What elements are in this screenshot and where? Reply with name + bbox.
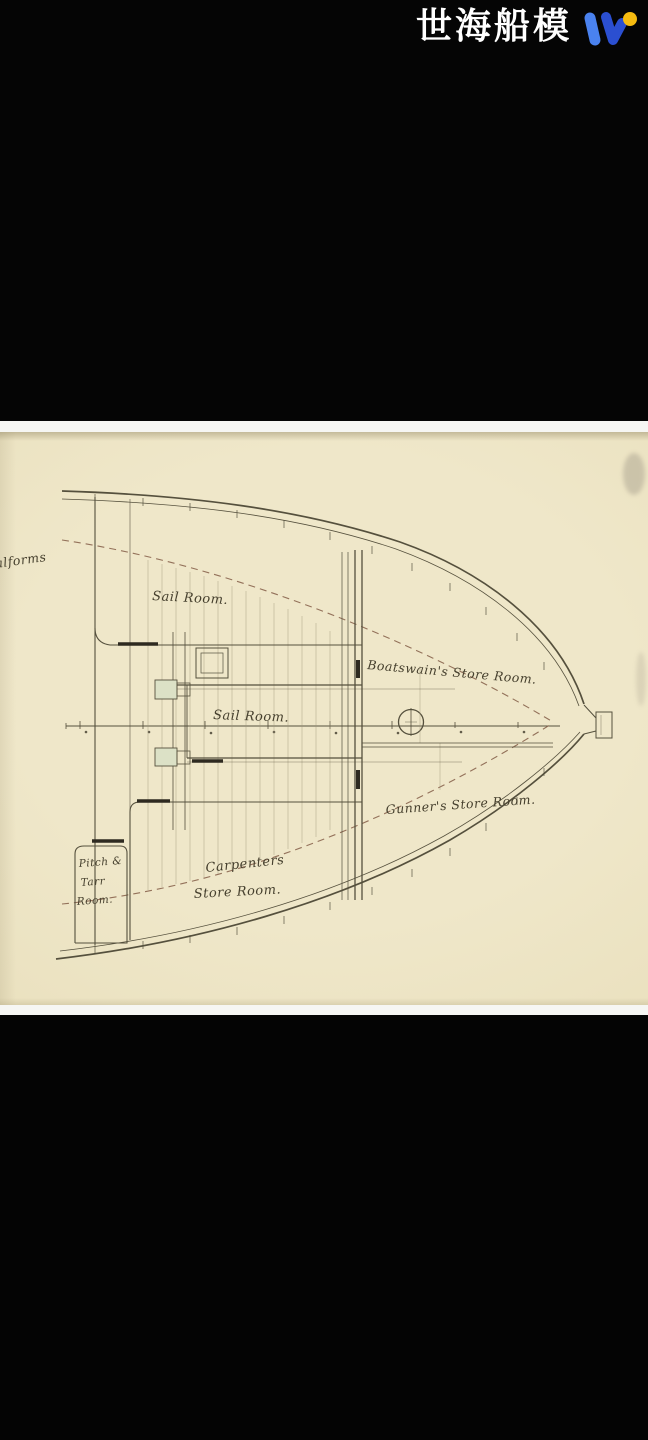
- bottom-black-band: [0, 1015, 648, 1440]
- label-boatswains-store-room: Boatswain's Store Room.: [366, 657, 538, 687]
- w-logo-icon: [578, 8, 644, 56]
- planking-lines: [148, 560, 440, 890]
- centerline: [66, 708, 560, 736]
- logo-stroke-left: [590, 18, 595, 40]
- label-gunners-store-room: Gunner's Store Room.: [385, 792, 536, 817]
- label-carpenters-line1: Carpenters: [205, 853, 285, 876]
- watermark-brand-text: 世海船模: [416, 9, 572, 45]
- label-platforms-partial: alforms: [0, 549, 47, 571]
- plan-paper: alforms Sail Room. Sail Room. Boatswain'…: [0, 432, 648, 1005]
- scan-strip: alforms Sail Room. Sail Room. Boatswain'…: [0, 421, 648, 1015]
- label-sail-room-upper: Sail Room.: [152, 589, 229, 608]
- label-carpenters-line2: Store Room.: [193, 882, 281, 902]
- label-pitch-line1: Pitch &: [77, 855, 122, 870]
- hull-outline: [56, 491, 612, 959]
- square-hatch: [196, 648, 228, 678]
- ship-plan-drawing: alforms Sail Room. Sail Room. Boatswain'…: [0, 432, 648, 1005]
- label-pitch-line2: Tarr: [80, 875, 106, 889]
- video-frame: 世海船模: [0, 0, 648, 1440]
- room-structure: [75, 497, 553, 945]
- dark-bars: [92, 644, 358, 841]
- plan-labels: alforms Sail Room. Sail Room. Boatswain'…: [0, 549, 537, 908]
- dashed-deck-edges: [62, 540, 553, 904]
- station-marks: [85, 731, 526, 735]
- paper-smudges: [623, 453, 646, 706]
- top-black-band: 世海船模: [0, 0, 648, 422]
- stem-block: [584, 705, 612, 738]
- label-pitch-line3: Room.: [75, 893, 113, 908]
- logo-stroke-check: [606, 17, 622, 40]
- logo-dot: [623, 12, 637, 26]
- label-sail-room-center: Sail Room.: [213, 708, 289, 726]
